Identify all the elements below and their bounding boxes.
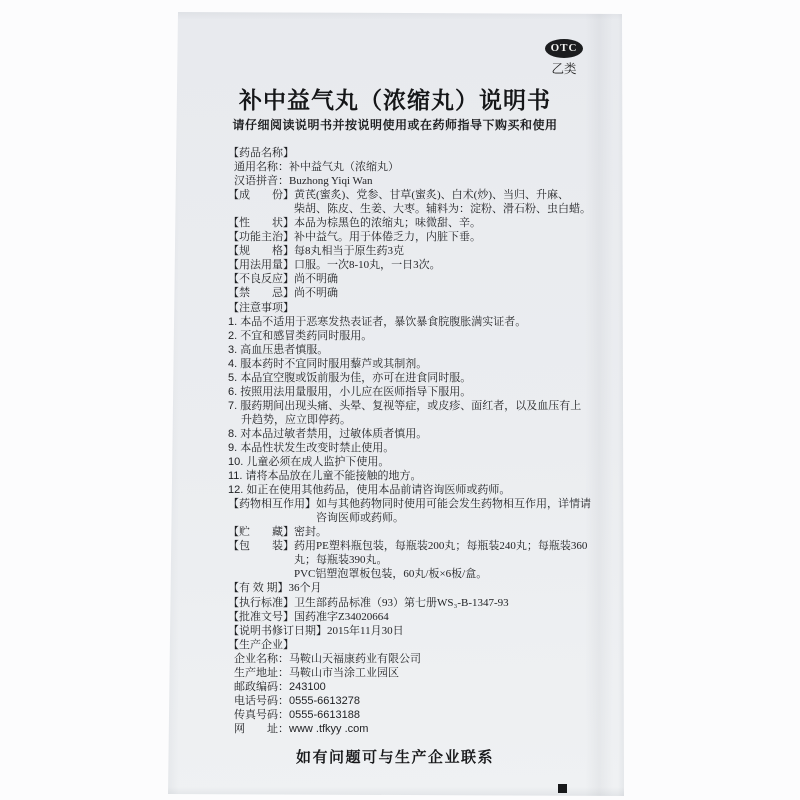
- text-line: 2015年11月30日: [327, 624, 610, 638]
- row-label: 【执行标准】: [228, 596, 294, 610]
- text-line: 如与其他药物同时使用可能会发生药物相互作用，详情请: [316, 497, 610, 511]
- text-line: 邮政编码：243100: [234, 680, 610, 694]
- text-line: 柴胡、陈皮、生姜、大枣。辅料为：淀粉、滑石粉、虫白蜡。: [294, 202, 610, 216]
- row-content: [294, 638, 610, 652]
- row-content: 卫生部药品标准（93）第七册WS₃-B-1347-93: [294, 596, 610, 610]
- text-line: 1. 本品不适用于恶寒发热表证者，暴饮暴食脘腹胀满实证者。: [228, 315, 610, 329]
- row-label: 【药物相互作用】: [228, 497, 316, 525]
- otc-logo: OTC: [545, 39, 583, 58]
- footer-note: 如有问题可与生产企业联系: [163, 746, 627, 767]
- otc-category-label: 乙类: [538, 59, 590, 77]
- text-line: PVC铝塑泡罩板包装，60丸/板×6板/盒。: [294, 567, 610, 581]
- leaflet-row: 6. 按照用法用量服用，小儿应在医师指导下服用。: [228, 385, 610, 399]
- leaflet-row: 生产地址：马鞍山市当涂工业园区: [234, 666, 610, 680]
- row-label: 【成 份】: [228, 188, 294, 216]
- leaflet-photo: OTC 乙类 补中益气丸（浓缩丸）说明书 请仔细阅读说明书并按说明使用或在药师指…: [0, 0, 800, 800]
- leaflet-row: 【注意事项】: [228, 301, 610, 315]
- text-line: 丸；每瓶装390丸。: [294, 553, 610, 567]
- text-line: 传真号码：0555-6613188: [234, 708, 610, 722]
- row-content: 黄芪(蜜炙)、党参、甘草(蜜炙)、白术(炒)、当归、升麻、柴胡、陈皮、生姜、大枣…: [294, 188, 610, 216]
- row-content: 每8丸相当于原生药3克: [294, 244, 610, 258]
- text-line: 尚不明确: [294, 286, 610, 300]
- leaflet-paper: OTC 乙类 补中益气丸（浓缩丸）说明书 请仔细阅读说明书并按说明使用或在药师指…: [163, 12, 627, 796]
- leaflet-row: 通用名称：补中益气丸（浓缩丸）: [234, 160, 610, 174]
- text-line: 每8丸相当于原生药3克: [294, 244, 610, 258]
- row-label: 【贮 藏】: [228, 525, 294, 539]
- text-line: 9. 本品性状发生改变时禁止使用。: [228, 441, 610, 455]
- leaflet-row: 【不良反应】尚不明确: [228, 272, 610, 286]
- text-line: 6. 按照用法用量服用，小儿应在医师指导下服用。: [228, 385, 610, 399]
- print-registration-mark: [558, 784, 567, 793]
- row-content: [294, 301, 610, 315]
- row-content: 药用PE塑料瓶包装，每瓶装200丸；每瓶装240丸；每瓶装360丸；每瓶装390…: [294, 539, 610, 581]
- text-line: 药用PE塑料瓶包装，每瓶装200丸；每瓶装240丸；每瓶装360: [294, 539, 610, 553]
- text-line: 2. 不宜和感冒类药同时服用。: [228, 329, 610, 343]
- leaflet-row: 【包 装】药用PE塑料瓶包装，每瓶装200丸；每瓶装240丸；每瓶装360丸；每…: [228, 539, 610, 581]
- leaflet-row: 企业名称：马鞍山天福康药业有限公司: [234, 652, 610, 666]
- leaflet-row: 汉语拼音：Buzhong Yiqi Wan: [234, 174, 610, 188]
- text-line: 通用名称：补中益气丸（浓缩丸）: [234, 160, 610, 174]
- row-label: 【药品名称】: [228, 146, 294, 160]
- leaflet-row: 【有 效 期】36个月: [228, 581, 610, 595]
- leaflet-row: 电话号码：0555-6613278: [234, 694, 610, 708]
- row-label: 【说明书修订日期】: [228, 624, 327, 638]
- otc-logo-text: OTC: [551, 42, 578, 54]
- page-subtitle: 请仔细阅读说明书并按说明使用或在药师指导下购买和使用: [163, 116, 627, 133]
- leaflet-row: 4. 服本药时不宜同时服用藜芦或其制剂。: [228, 357, 610, 371]
- leaflet-row: 【功能主治】补中益气。用于体倦乏力，内脏下垂。: [228, 230, 610, 244]
- text-line: 7. 服药期间出现头痛、头晕、复视等症，或皮疹、面红者，以及血压有上: [228, 399, 610, 413]
- row-label: 【批准文号】: [228, 610, 294, 624]
- leaflet-row: 【执行标准】卫生部药品标准（93）第七册WS₃-B-1347-93: [228, 596, 610, 610]
- leaflet-row: 9. 本品性状发生改变时禁止使用。: [228, 441, 610, 455]
- row-label: 【性 状】: [228, 216, 294, 230]
- leaflet-row: 网 址：www .tfkyy .com: [234, 722, 610, 736]
- leaflet-row: 【性 状】本品为棕黑色的浓缩丸；味微甜、辛。: [228, 216, 610, 230]
- text-line: 5. 本品宜空腹或饭前服为佳，亦可在进食同时服。: [228, 371, 610, 385]
- row-label: 【不良反应】: [228, 272, 294, 286]
- text-line: 4. 服本药时不宜同时服用藜芦或其制剂。: [228, 357, 610, 371]
- row-label: 【包 装】: [228, 539, 294, 581]
- leaflet-row: 邮政编码：243100: [234, 680, 610, 694]
- leaflet-row: 【批准文号】国药准字Z34020664: [228, 610, 610, 624]
- leaflet-row: 【规 格】每8丸相当于原生药3克: [228, 244, 610, 258]
- leaflet-row: 8. 对本品过敏者禁用，过敏体质者慎用。: [228, 427, 610, 441]
- row-label: 【生产企业】: [228, 638, 294, 652]
- text-line: 本品为棕黑色的浓缩丸；味微甜、辛。: [294, 216, 610, 230]
- row-content: 2015年11月30日: [327, 624, 610, 638]
- text-line: 汉语拼音：Buzhong Yiqi Wan: [234, 174, 610, 188]
- page-title: 补中益气丸（浓缩丸）说明书: [163, 82, 627, 115]
- text-line: 8. 对本品过敏者禁用，过敏体质者慎用。: [228, 427, 610, 441]
- leaflet-row: 1. 本品不适用于恶寒发热表证者，暴饮暴食脘腹胀满实证者。: [228, 315, 610, 329]
- row-label: 【有 效 期】: [228, 581, 289, 595]
- row-label: 【功能主治】: [228, 230, 294, 244]
- text-line: 密封。: [294, 525, 610, 539]
- text-line: 企业名称：马鞍山天福康药业有限公司: [234, 652, 610, 666]
- leaflet-row: 【禁 忌】尚不明确: [228, 286, 610, 300]
- text-line: 12. 如正在使用其他药品，使用本品前请咨询医师或药师。: [228, 483, 610, 497]
- row-content: 国药准字Z34020664: [294, 610, 610, 624]
- text-line: 3. 高血压患者慎服。: [228, 343, 610, 357]
- leaflet-row: 【生产企业】: [228, 638, 610, 652]
- text-line: 36个月: [289, 581, 611, 595]
- leaflet-row: 3. 高血压患者慎服。: [228, 343, 610, 357]
- row-content: 尚不明确: [294, 272, 610, 286]
- text-line: 补中益气。用于体倦乏力，内脏下垂。: [294, 230, 610, 244]
- leaflet-row: 10. 儿童必须在成人监护下使用。: [228, 455, 610, 469]
- row-label: 【规 格】: [228, 244, 294, 258]
- text-line: 咨询医师或药师。: [316, 511, 610, 525]
- text-line: 黄芪(蜜炙)、党参、甘草(蜜炙)、白术(炒)、当归、升麻、: [294, 188, 610, 202]
- row-content: 36个月: [289, 581, 611, 595]
- text-line: 口服。一次8-10丸，一日3次。: [294, 258, 610, 272]
- leaflet-row: 2. 不宜和感冒类药同时服用。: [228, 329, 610, 343]
- row-content: [294, 146, 610, 160]
- leaflet-row: 【说明书修订日期】2015年11月30日: [228, 624, 610, 638]
- row-label: 【用法用量】: [228, 258, 294, 272]
- leaflet-row: 【药品名称】: [228, 146, 610, 160]
- text-line: 国药准字Z34020664: [294, 610, 610, 624]
- leaflet-row: 【用法用量】口服。一次8-10丸，一日3次。: [228, 258, 610, 272]
- leaflet-row: 5. 本品宜空腹或饭前服为佳，亦可在进食同时服。: [228, 371, 610, 385]
- row-label: 【注意事项】: [228, 301, 294, 315]
- row-content: 口服。一次8-10丸，一日3次。: [294, 258, 610, 272]
- leaflet-row: 7. 服药期间出现头痛、头晕、复视等症，或皮疹、面红者，以及血压有上升趋势，应立…: [228, 399, 610, 427]
- row-content: 补中益气。用于体倦乏力，内脏下垂。: [294, 230, 610, 244]
- text-line: 10. 儿童必须在成人监护下使用。: [228, 455, 610, 469]
- text-line: 卫生部药品标准（93）第七册WS₃-B-1347-93: [294, 596, 610, 610]
- row-content: 尚不明确: [294, 286, 610, 300]
- row-label: 【禁 忌】: [228, 286, 294, 300]
- leaflet-row: 【成 份】黄芪(蜜炙)、党参、甘草(蜜炙)、白术(炒)、当归、升麻、柴胡、陈皮、…: [228, 188, 610, 216]
- leaflet-row: 传真号码：0555-6613188: [234, 708, 610, 722]
- text-line: 网 址：www .tfkyy .com: [234, 722, 610, 736]
- leaflet-row: 12. 如正在使用其他药品，使用本品前请咨询医师或药师。: [228, 483, 610, 497]
- leaflet-row: 【药物相互作用】如与其他药物同时使用可能会发生药物相互作用，详情请咨询医师或药师…: [228, 497, 610, 525]
- text-line: 11. 请将本品放在儿童不能接触的地方。: [228, 469, 610, 483]
- text-line: 生产地址：马鞍山市当涂工业园区: [234, 666, 610, 680]
- leaflet-row: 11. 请将本品放在儿童不能接触的地方。: [228, 469, 610, 483]
- row-content: 如与其他药物同时使用可能会发生药物相互作用，详情请咨询医师或药师。: [316, 497, 610, 525]
- text-line: 电话号码：0555-6613278: [234, 694, 610, 708]
- leaflet-row: 【贮 藏】密封。: [228, 525, 610, 539]
- text-line: 尚不明确: [294, 272, 610, 286]
- row-content: 本品为棕黑色的浓缩丸；味微甜、辛。: [294, 216, 610, 230]
- leaflet-body: 【药品名称】通用名称：补中益气丸（浓缩丸）汉语拼音：Buzhong Yiqi W…: [228, 146, 610, 736]
- text-line: 升趋势，应立即停药。: [241, 413, 610, 427]
- row-content: 密封。: [294, 525, 610, 539]
